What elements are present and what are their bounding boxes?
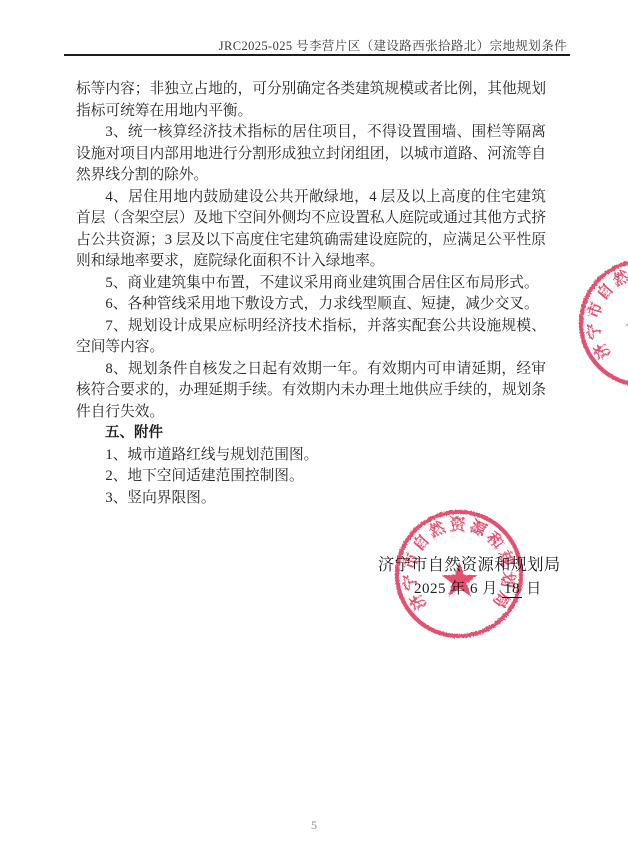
attachment-item: 3、竖向界限图。 — [76, 488, 546, 510]
signature-issuer: 济宁市自然资源和规划局 — [378, 551, 560, 575]
signature-date: 2025 年 6 月 18 日 — [414, 577, 542, 598]
paragraph: 3、统一核算经济技术指标的居住项目，不得设置围墙、围栏等隔离设施对项目内部用地进… — [76, 122, 546, 187]
attachment-item: 1、城市道路红线与规划范围图。 — [76, 445, 546, 467]
paragraph: 标等内容；非独立占地的，可分别确定各类建筑规模或者比例，其他规划指标可统筹在用地… — [76, 79, 546, 122]
page: JRC2025-025 号李营片区（建设路西张拾路北）宗地规划条件 标等内容；非… — [0, 0, 628, 856]
paragraph: 4、居住用地内鼓励建设公共开敞绿地，4 层及以上高度的住宅建筑首层（含架空层）及… — [76, 187, 546, 273]
header-rule — [64, 54, 570, 56]
edge-seal — [573, 253, 628, 393]
paragraph: 8、规划条件自核发之日起有效期一年。有效期内可申请延期，经审核符合要求的，办理延… — [76, 359, 546, 424]
paragraph: 7、规划设计成果应标明经济技术指标，并落实配套公共设施规模、空间等内容。 — [76, 316, 546, 359]
date-suffix: 日 — [522, 581, 542, 597]
header-title: JRC2025-025 号李营片区（建设路西张拾路北）宗地规划条件 — [219, 36, 567, 54]
document-body: 标等内容；非独立占地的，可分别确定各类建筑规模或者比例，其他规划指标可统筹在用地… — [76, 79, 546, 509]
attachments-heading: 五、附件 — [76, 423, 546, 445]
attachment-item: 2、地下空间适建范围控制图。 — [76, 466, 546, 488]
paragraph: 6、各种管线采用地下敷设方式，力求线型顺直、短捷，减少交叉。 — [76, 294, 546, 316]
date-day: 18 — [502, 581, 522, 598]
paragraph: 5、商业建筑集中布置，不建议采用商业建筑围合居住区布局形式。 — [76, 273, 546, 295]
date-prefix: 2025 年 6 月 — [414, 581, 502, 597]
page-number: 5 — [0, 818, 628, 833]
